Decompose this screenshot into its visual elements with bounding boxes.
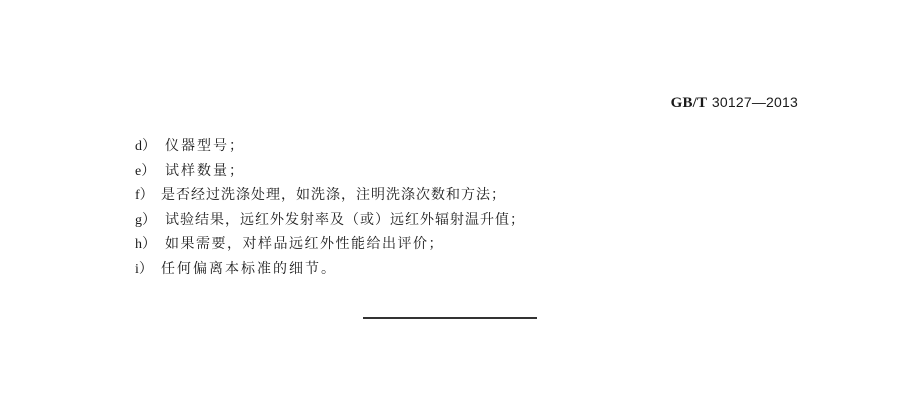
item-text: 如果需要，对样品远红外性能给出评价； (165, 236, 444, 252)
item-marker: h） (135, 233, 165, 258)
item-text: 仪器型号； (165, 138, 245, 154)
item-marker: i） (135, 258, 161, 283)
item-marker: e） (135, 160, 165, 185)
standard-prefix: GB/T (671, 95, 708, 111)
list-item: e）试样数量； (135, 159, 525, 184)
item-text: 任何偏离本标准的细节。 (161, 261, 337, 277)
standard-code: GB/T 30127—2013 (671, 94, 798, 112)
standard-number: 30127—2013 (712, 94, 798, 110)
end-of-document-rule (363, 317, 537, 319)
item-marker: g） (135, 209, 165, 234)
list-item: d）仪器型号； (135, 134, 525, 159)
item-text: 是否经过洗涤处理，如洗涤，注明洗涤次数和方法； (161, 187, 506, 203)
report-items-list: d）仪器型号； e）试样数量； f）是否经过洗涤处理，如洗涤，注明洗涤次数和方法… (135, 134, 525, 282)
list-item: i）任何偏离本标准的细节。 (135, 257, 525, 282)
list-item: g）试验结果，远红外发射率及（或）远红外辐射温升值； (135, 208, 525, 233)
item-text: 试样数量； (165, 163, 245, 179)
item-text: 试验结果，远红外发射率及（或）远红外辐射温升值； (165, 212, 525, 228)
list-item: h）如果需要，对样品远红外性能给出评价； (135, 232, 525, 257)
list-item: f）是否经过洗涤处理，如洗涤，注明洗涤次数和方法； (135, 183, 525, 208)
item-marker: d） (135, 135, 165, 160)
item-marker: f） (135, 184, 161, 209)
